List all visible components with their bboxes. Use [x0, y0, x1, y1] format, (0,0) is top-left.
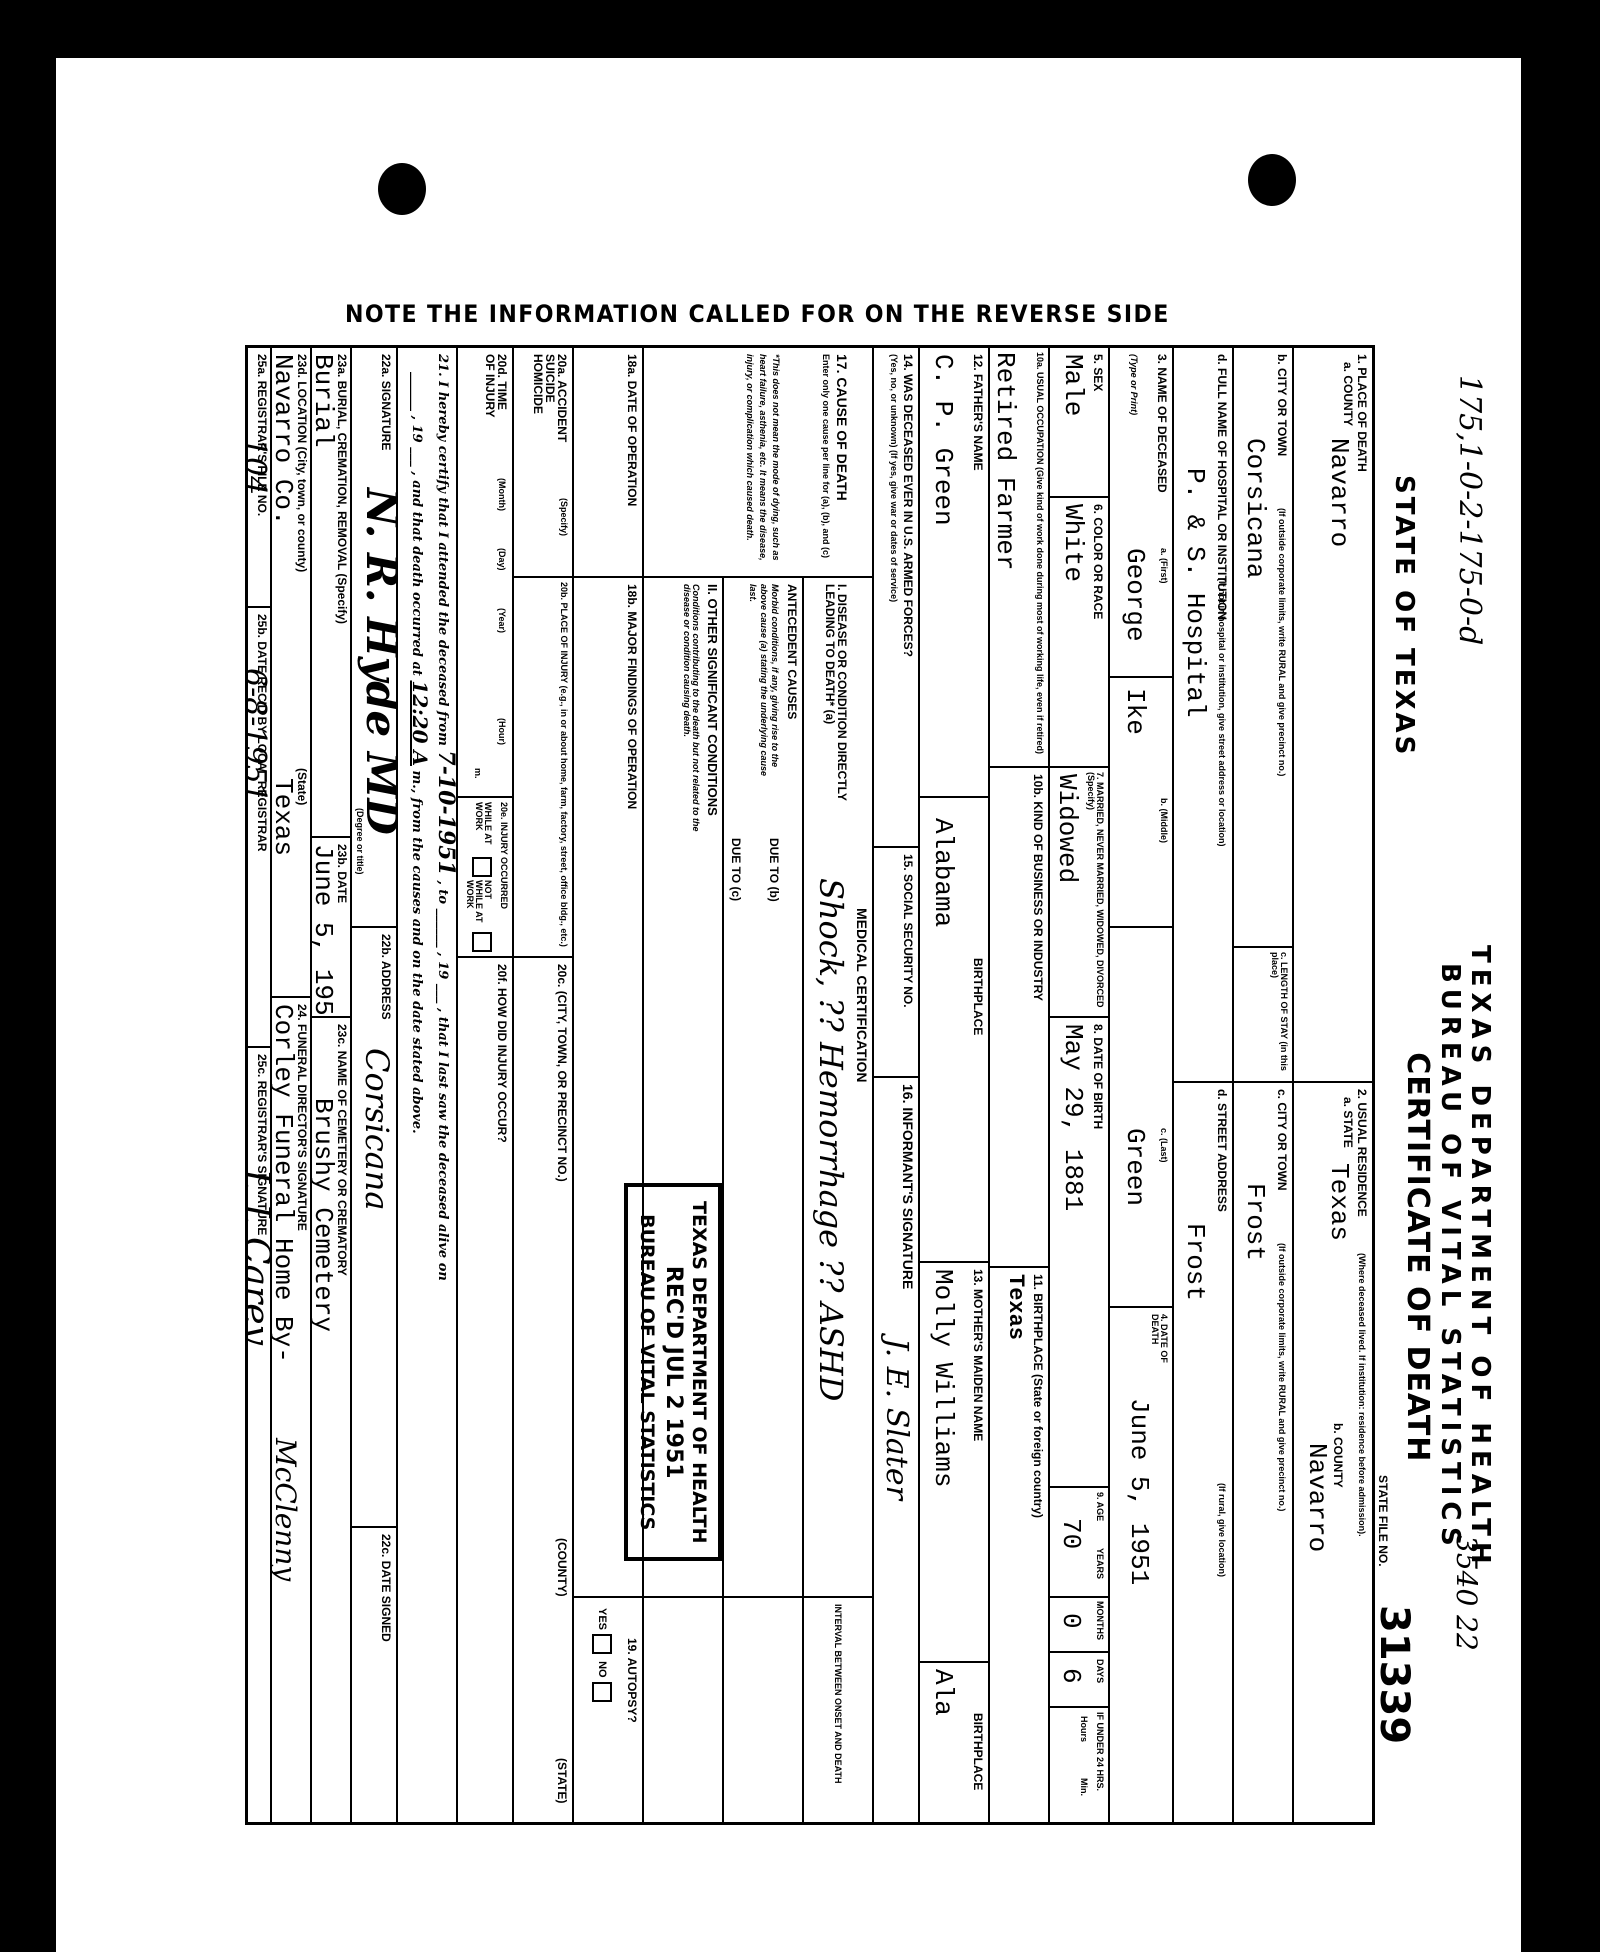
death-time: 12:20 A — [408, 680, 432, 766]
value-first-name: George — [1120, 548, 1150, 642]
field-date-signed: 22c. DATE SIGNED — [350, 1528, 396, 1825]
field-first-name: 3. NAME OF DECEASED (Type or Print) a. (… — [1108, 348, 1172, 678]
value-residence-street: Frost — [1180, 1223, 1210, 1301]
field-age-years: 9. AGE YEARS 70 — [1048, 1488, 1108, 1598]
field-sex: 5. SEX Male — [1048, 348, 1108, 498]
field-father-name: 12. FATHER'S NAME C. P. Green — [918, 348, 988, 798]
value-burial-state: Texas — [270, 778, 298, 856]
field-informant-signature: 16. INFORMANT'S SIGNATURE J. E. Slater — [872, 1078, 918, 1825]
field-date-received: 25b. DATE REC'D BY LOCAL REGISTRAR 6-8-1… — [245, 608, 270, 1048]
field-injury-time: 20d. TIME OF INJURY (Month) (Day) (Year)… — [456, 348, 512, 798]
field-funeral-director: 24. FUNERAL DIRECTOR'S SIGNATURE Corley … — [270, 998, 310, 1825]
field-registrar-signature: 25c. REGISTRAR'S SIGNATURE J. J. Carey — [245, 1048, 270, 1825]
field-antecedent-causes: ANTECEDENT CAUSES Morbid conditions, if … — [722, 578, 802, 1598]
field-mother-birthplace: BIRTHPLACE Ala — [918, 1663, 988, 1825]
field-injury-place: 20b. PLACE OF INJURY (e.g., in or about … — [512, 578, 572, 958]
field-middle-name: b. (Middle) Ike — [1108, 678, 1172, 928]
field-disposition: 23a. BURIAL, CREMATION, REMOVAL (Specify… — [310, 348, 350, 838]
value-residence-county: Navarro — [1302, 1443, 1332, 1552]
field-physician-address: 22b. ADDRESS Corsicana — [350, 928, 396, 1528]
value-father-birthplace: Alabama — [928, 818, 958, 927]
value-age-days: 6 — [1056, 1668, 1086, 1684]
value-mother-name: Molly Williams — [928, 1269, 958, 1487]
form-grid: 1. PLACE OF DEATH a. COUNTY Navarro 2. U… — [245, 345, 1375, 1825]
field-armed-forces: 14. WAS DECEASED EVER IN U.S. ARMED FORC… — [872, 348, 918, 848]
value-disposition: Burial — [310, 354, 338, 448]
field-hospital: d. FULL NAME OF HOSPITAL OR INSTITUTION … — [1172, 348, 1232, 1083]
received-stamp: TEXAS DEPARTMENT OF HEALTH REC'D JUL 2 1… — [624, 1183, 722, 1561]
field-autopsy: 19. AUTOPSY? YES NO — [572, 1598, 642, 1825]
field-date-of-birth: 8. DATE OF BIRTH May 29, 1881 — [1048, 1018, 1108, 1488]
not-while-at-work-checkbox[interactable] — [472, 932, 492, 952]
field-county-of-death: 1. PLACE OF DEATH a. COUNTY Navarro — [1292, 348, 1372, 1083]
field-direct-cause: I. DISEASE OR CONDITION DIRECTLY LEADING… — [802, 578, 872, 1598]
autopsy-no-checkbox[interactable] — [592, 1682, 612, 1702]
value-funeral-home: Corley Funeral Home By- — [270, 1004, 298, 1363]
field-city-of-death: b. CITY OR TOWN (If outside corporate li… — [1232, 348, 1292, 948]
field-cause-of-death-label: 17. CAUSE OF DEATH Enter only one cause … — [642, 348, 872, 578]
value-sex: Male — [1058, 354, 1088, 416]
state-heading: STATE OF TEXAS — [1389, 475, 1419, 757]
field-physician-signature: 22a. SIGNATURE N. R. Hyde MD (Degree or … — [350, 348, 396, 928]
field-residence-city: c. CITY OR TOWN (If outside corporate li… — [1232, 1083, 1292, 1825]
value-physician-address: Corsicana — [358, 1048, 396, 1210]
value-residence-city: Frost — [1240, 1183, 1270, 1261]
registrar-signature: J. J. Carey — [245, 1168, 270, 1345]
informant-signature: J. E. Slater — [879, 1338, 914, 1500]
field-cemetery: 23c. NAME OF CEMETERY OR CREMATORY Brush… — [310, 1018, 350, 1825]
state-file-label: STATE FILE NO. — [1377, 1475, 1389, 1567]
value-cemetery: Brushy Cemetery — [310, 1098, 338, 1332]
state-file-number: 31339 — [1371, 1605, 1417, 1744]
punch-hole — [378, 163, 426, 215]
field-residence-street: d. STREET ADDRESS (If rural, give locati… — [1172, 1083, 1232, 1825]
value-county-of-death: Navarro — [1324, 438, 1354, 547]
value-middle-name: Ike — [1120, 688, 1150, 735]
value-age-months: 0 — [1056, 1613, 1086, 1629]
value-race: White — [1058, 504, 1088, 582]
reverse-side-note: NOTE THE INFORMATION CALLED FOR ON THE R… — [345, 300, 1170, 328]
value-burial-location: Navarro Co. — [270, 354, 298, 526]
field-burial-location: 23d. LOCATION (City, town, or county) (S… — [270, 348, 310, 998]
field-physician-certification: 21. I hereby certify that I attended the… — [396, 348, 456, 1825]
field-registrar-file-no: 25a. REGISTRAR'S FILE NO. 104 — [245, 348, 270, 608]
department-name: TEXAS DEPARTMENT OF HEALTH — [1465, 945, 1495, 1570]
field-mother-name: 13. MOTHER'S MAIDEN NAME Molly Williams — [918, 1263, 988, 1663]
field-how-injury: 20f. HOW DID INJURY OCCUR? — [456, 958, 512, 1825]
value-father-name: C. P. Green — [928, 354, 958, 526]
field-date-of-death: 4. DATE OF DEATH June 5, 1951 — [1108, 1308, 1172, 1825]
field-accident-type: 20a. ACCIDENT SUICIDE HOMICIDE (Specify) — [512, 348, 572, 578]
field-injury-at-work: 20e. INJURY OCCURRED WHILE AT WORK NOT W… — [456, 798, 512, 958]
while-at-work-checkbox[interactable] — [472, 857, 492, 877]
value-last-name: Green — [1120, 1128, 1150, 1206]
autopsy-yes-checkbox[interactable] — [592, 1634, 612, 1654]
bureau-name: BUREAU OF VITAL STATISTICS — [1435, 945, 1465, 1570]
punch-hole — [1248, 154, 1296, 206]
value-occupation: Retired Farmer — [990, 352, 1020, 570]
value-date-of-birth: May 29, 1881 — [1058, 1024, 1088, 1211]
value-registrar-file-no: 104 — [245, 438, 270, 495]
field-interval-antecedent — [722, 1598, 802, 1825]
field-father-birthplace: BIRTHPLACE Alabama — [918, 798, 988, 1263]
attended-from-date: 7-10-1951 — [433, 750, 456, 875]
value-direct-cause: Shock, ?? Hemorrhage ?? ASHD — [812, 878, 850, 1401]
field-injury-location: 20c. (CITY, TOWN, OR PRECINCT NO.) (COUN… — [512, 958, 572, 1825]
field-age-months: MONTHS 0 — [1048, 1598, 1108, 1653]
field-operation-date: 18a. DATE OF OPERATION — [572, 348, 642, 578]
field-usual-residence-state: 2. USUAL RESIDENCE (Where deceased lived… — [1292, 1083, 1372, 1825]
field-race: 6. COLOR OR RACE White — [1048, 498, 1108, 768]
death-certificate-form: 175,1-0-2-175-0-d 3540 22 STATE OF TEXAS… — [245, 345, 1425, 1825]
field-interval-other — [642, 1598, 722, 1825]
value-mother-birthplace: Ala — [928, 1669, 958, 1716]
value-date-of-death: June 5, 1951 — [1124, 1398, 1154, 1585]
field-interval-onset: INTERVAL BETWEEN ONSET AND DEATH — [802, 1598, 872, 1825]
physician-signature: N. R. Hyde MD — [357, 488, 396, 835]
certificate-title: CERTIFICATE OF DEATH — [1400, 945, 1435, 1570]
field-age-days: DAYS 6 — [1048, 1653, 1108, 1708]
value-age-years: 70 — [1056, 1518, 1086, 1549]
handwritten-file-ref: 175,1-0-2-175-0-d — [1452, 375, 1487, 645]
field-birthplace: 11. BIRTHPLACE (State or foreign country… — [988, 1268, 1048, 1825]
value-residence-state: Texas — [1324, 1163, 1354, 1241]
value-hospital: P. & S. Hospital — [1180, 468, 1210, 718]
value-city-of-death: Corsicana — [1240, 438, 1270, 578]
field-length-of-stay: c. LENGTH OF STAY (in this place) — [1232, 948, 1292, 1083]
value-date-received: 6-8-1951 — [245, 668, 270, 803]
department-heading: TEXAS DEPARTMENT OF HEALTH BUREAU OF VIT… — [1400, 945, 1495, 1570]
field-social-security: 15. SOCIAL SECURITY NO. — [872, 848, 918, 1078]
value-burial-date: June 5, 1951 — [310, 844, 338, 1018]
field-age-under-24: IF UNDER 24 HRS. Hours Min. — [1048, 1708, 1108, 1825]
value-birthplace: Texas — [1003, 1274, 1028, 1340]
field-burial-date: 23b. DATE June 5, 1951 — [310, 838, 350, 1018]
field-occupation: 10a. USUAL OCCUPATION (Give kind of work… — [988, 348, 1048, 768]
field-last-name: c. (Last) Green — [1108, 928, 1172, 1308]
field-marital-status: 7. MARRIED, NEVER MARRIED, WIDOWED, DIVO… — [1048, 768, 1108, 1018]
field-business: 10b. KIND OF BUSINESS OR INDUSTRY — [988, 768, 1048, 1268]
funeral-director-signature: McClenny — [270, 1438, 302, 1581]
value-marital-status: Widowed — [1052, 774, 1082, 883]
